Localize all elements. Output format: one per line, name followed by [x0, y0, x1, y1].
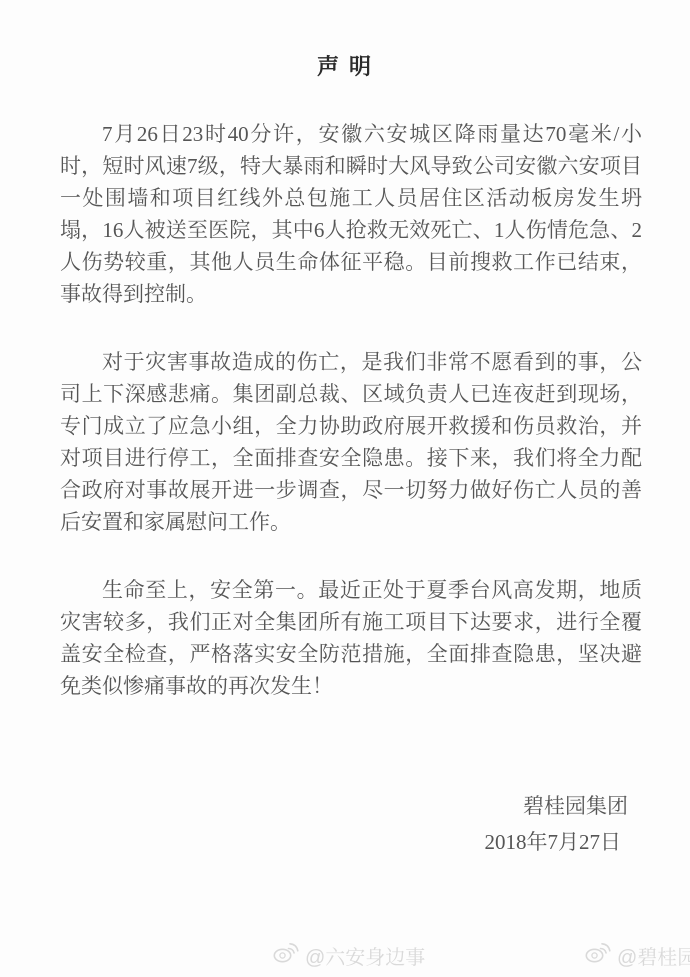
- paragraph-incident: 7月26日23时40分许，安徽六安城区降雨量达70毫米/小时，短时风速7级，特大…: [60, 118, 642, 310]
- document-title: 声 明: [0, 0, 690, 82]
- signature-block: 碧桂园集团 2018年7月27日: [0, 790, 690, 858]
- weibo-icon: [584, 940, 611, 970]
- statement-body: 7月26日23时40分许，安徽六安城区降雨量达70毫米/小时，短时风速7级，特大…: [60, 118, 642, 702]
- watermark-right-label: @碧桂园: [617, 941, 690, 970]
- paragraph-response: 对于灾害事故造成的伤亡，是我们非常不愿看到的事，公司上下深感悲痛。集团副总裁、区…: [60, 346, 642, 538]
- watermark-right: @碧桂园: [584, 940, 690, 970]
- signature-date: 2018年7月27日: [0, 826, 628, 858]
- paragraph-safety-pledge: 生命至上，安全第一。最近正处于夏季台风高发期，地质灾害较多，我们正对全集团所有施…: [60, 574, 642, 702]
- signature-company: 碧桂园集团: [0, 790, 628, 822]
- watermark-left-label: @六安身边事: [305, 941, 425, 970]
- watermark-left: @六安身边事: [272, 940, 425, 970]
- statement-page: 声 明 7月26日23时40分许，安徽六安城区降雨量达70毫米/小时，短时风速7…: [0, 0, 690, 977]
- weibo-icon: [272, 940, 299, 970]
